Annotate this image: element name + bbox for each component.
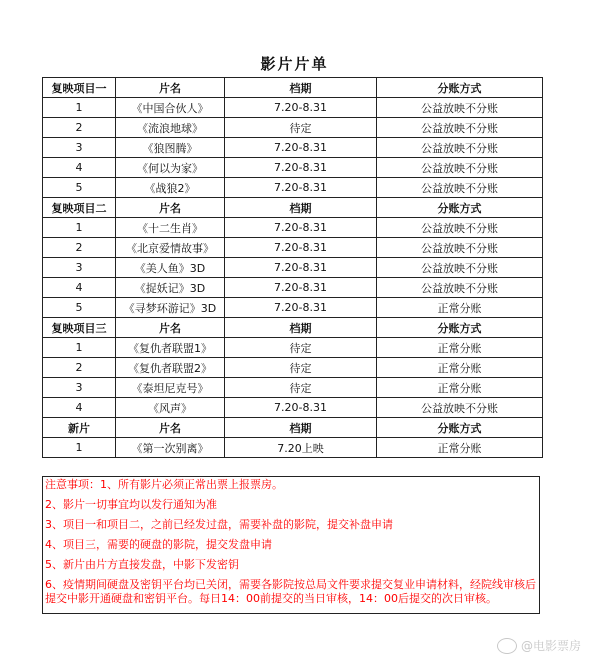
table-cell: 7.20-8.31	[225, 278, 377, 298]
table-cell: 2	[43, 118, 116, 138]
section-header-row: 复映项目二片名档期分账方式	[43, 198, 543, 218]
header-cell: 分账方式	[377, 78, 543, 98]
note-item: 3、项目一和项目二，之前已经发过盘，需要补盘的影院，提交补盘申请	[45, 518, 537, 532]
header-cell: 档期	[225, 78, 377, 98]
table-cell: 《战狼2》	[116, 178, 225, 198]
table-cell: 待定	[225, 338, 377, 358]
table-cell: 《流浪地球》	[116, 118, 225, 138]
table-cell: 《复仇者联盟1》	[116, 338, 225, 358]
note-item: 5、新片由片方直接发盘，中影下发密钥	[45, 558, 537, 572]
table-cell: 正常分账	[377, 358, 543, 378]
table-cell: 《泰坦尼克号》	[116, 378, 225, 398]
header-cell: 分账方式	[377, 418, 543, 438]
note-item: 注意事项：1、所有影片必须正常出票上报票房。	[45, 478, 537, 492]
table-cell: 《寻梦环游记》3D	[116, 298, 225, 318]
film-list-table: 复映项目一片名档期分账方式1《中国合伙人》7.20-8.31公益放映不分账2《流…	[42, 77, 543, 458]
table-cell: 公益放映不分账	[377, 138, 543, 158]
table-cell: 待定	[225, 118, 377, 138]
table-cell: 4	[43, 158, 116, 178]
table-row: 5《战狼2》7.20-8.31公益放映不分账	[43, 178, 543, 198]
table-cell: 7.20-8.31	[225, 238, 377, 258]
table-cell: 正常分账	[377, 378, 543, 398]
table-cell: 《中国合伙人》	[116, 98, 225, 118]
header-cell: 复映项目二	[43, 198, 116, 218]
table-cell: 公益放映不分账	[377, 398, 543, 418]
header-cell: 片名	[116, 78, 225, 98]
table-cell: 《十二生肖》	[116, 218, 225, 238]
table-cell: 5	[43, 298, 116, 318]
header-cell: 复映项目一	[43, 78, 116, 98]
table-cell: 7.20-8.31	[225, 158, 377, 178]
header-cell: 档期	[225, 318, 377, 338]
table-cell: 待定	[225, 378, 377, 398]
section-header-row: 复映项目一片名档期分账方式	[43, 78, 543, 98]
table-cell: 1	[43, 438, 116, 458]
watermark-text: @电影票房	[521, 637, 581, 654]
table-row: 2《复仇者联盟2》待定正常分账	[43, 358, 543, 378]
table-cell: 7.20-8.31	[225, 398, 377, 418]
table-cell: 7.20-8.31	[225, 138, 377, 158]
table-cell: 3	[43, 138, 116, 158]
table-cell: 公益放映不分账	[377, 278, 543, 298]
table-cell: 公益放映不分账	[377, 178, 543, 198]
table-row: 1《中国合伙人》7.20-8.31公益放映不分账	[43, 98, 543, 118]
table-cell: 7.20-8.31	[225, 218, 377, 238]
table-cell: 7.20-8.31	[225, 98, 377, 118]
header-cell: 档期	[225, 198, 377, 218]
table-row: 4《风声》7.20-8.31公益放映不分账	[43, 398, 543, 418]
table-cell: 公益放映不分账	[377, 118, 543, 138]
table-cell: 公益放映不分账	[377, 238, 543, 258]
header-cell: 片名	[116, 418, 225, 438]
table-cell: 4	[43, 278, 116, 298]
table-cell: 5	[43, 178, 116, 198]
table-cell: 公益放映不分账	[377, 98, 543, 118]
header-cell: 新片	[43, 418, 116, 438]
table-cell: 7.20-8.31	[225, 178, 377, 198]
table-cell: 4	[43, 398, 116, 418]
table-cell: 7.20上映	[225, 438, 377, 458]
table-cell: 《何以为家》	[116, 158, 225, 178]
table-row: 1《复仇者联盟1》待定正常分账	[43, 338, 543, 358]
note-item: 4、项目三，需要的硬盘的影院，提交发盘申请	[45, 538, 537, 552]
table-row: 4《何以为家》7.20-8.31公益放映不分账	[43, 158, 543, 178]
table-row: 1《十二生肖》7.20-8.31公益放映不分账	[43, 218, 543, 238]
table-cell: 《第一次别离》	[116, 438, 225, 458]
header-cell: 分账方式	[377, 318, 543, 338]
section-header-row: 复映项目三片名档期分账方式	[43, 318, 543, 338]
table-row: 2《流浪地球》待定公益放映不分账	[43, 118, 543, 138]
table-cell: 3	[43, 258, 116, 278]
header-cell: 档期	[225, 418, 377, 438]
table-cell: 正常分账	[377, 338, 543, 358]
table-cell: 1	[43, 338, 116, 358]
table-cell: 正常分账	[377, 438, 543, 458]
table-row: 5《寻梦环游记》3D7.20-8.31正常分账	[43, 298, 543, 318]
notes-box: 注意事项：1、所有影片必须正常出票上报票房。 2、影片一切事宜均以发行通知为准 …	[42, 476, 540, 614]
table-cell: 公益放映不分账	[377, 218, 543, 238]
table-cell: 2	[43, 238, 116, 258]
note-item: 2、影片一切事宜均以发行通知为准	[45, 498, 537, 512]
page-title: 影片片单	[0, 53, 589, 74]
header-cell: 片名	[116, 318, 225, 338]
table-cell: 公益放映不分账	[377, 158, 543, 178]
table-cell: 《复仇者联盟2》	[116, 358, 225, 378]
table-row: 3《狼图腾》7.20-8.31公益放映不分账	[43, 138, 543, 158]
table-cell: 7.20-8.31	[225, 258, 377, 278]
table-row: 1《第一次别离》7.20上映正常分账	[43, 438, 543, 458]
table-cell: 《狼图腾》	[116, 138, 225, 158]
header-cell: 片名	[116, 198, 225, 218]
table-cell: 2	[43, 358, 116, 378]
table-cell: 《美人鱼》3D	[116, 258, 225, 278]
table-cell: 7.20-8.31	[225, 298, 377, 318]
table-row: 2《北京爱情故事》7.20-8.31公益放映不分账	[43, 238, 543, 258]
table-cell: 公益放映不分账	[377, 258, 543, 278]
table-cell: 1	[43, 98, 116, 118]
table-row: 3《美人鱼》3D7.20-8.31公益放映不分账	[43, 258, 543, 278]
header-cell: 复映项目三	[43, 318, 116, 338]
note-item: 6、疫情期间硬盘及密钥平台均已关闭，需要各影院按总局文件要求提交复业申请材料，经…	[45, 578, 537, 606]
table-cell: 3	[43, 378, 116, 398]
table-row: 3《泰坦尼克号》待定正常分账	[43, 378, 543, 398]
table-cell: 正常分账	[377, 298, 543, 318]
weibo-logo-icon	[497, 638, 517, 654]
watermark: @电影票房	[497, 637, 581, 654]
table-cell: 《北京爱情故事》	[116, 238, 225, 258]
table-cell: 《风声》	[116, 398, 225, 418]
table-cell: 《捉妖记》3D	[116, 278, 225, 298]
section-header-row: 新片片名档期分账方式	[43, 418, 543, 438]
table-cell: 1	[43, 218, 116, 238]
table-row: 4《捉妖记》3D7.20-8.31公益放映不分账	[43, 278, 543, 298]
header-cell: 分账方式	[377, 198, 543, 218]
table-cell: 待定	[225, 358, 377, 378]
